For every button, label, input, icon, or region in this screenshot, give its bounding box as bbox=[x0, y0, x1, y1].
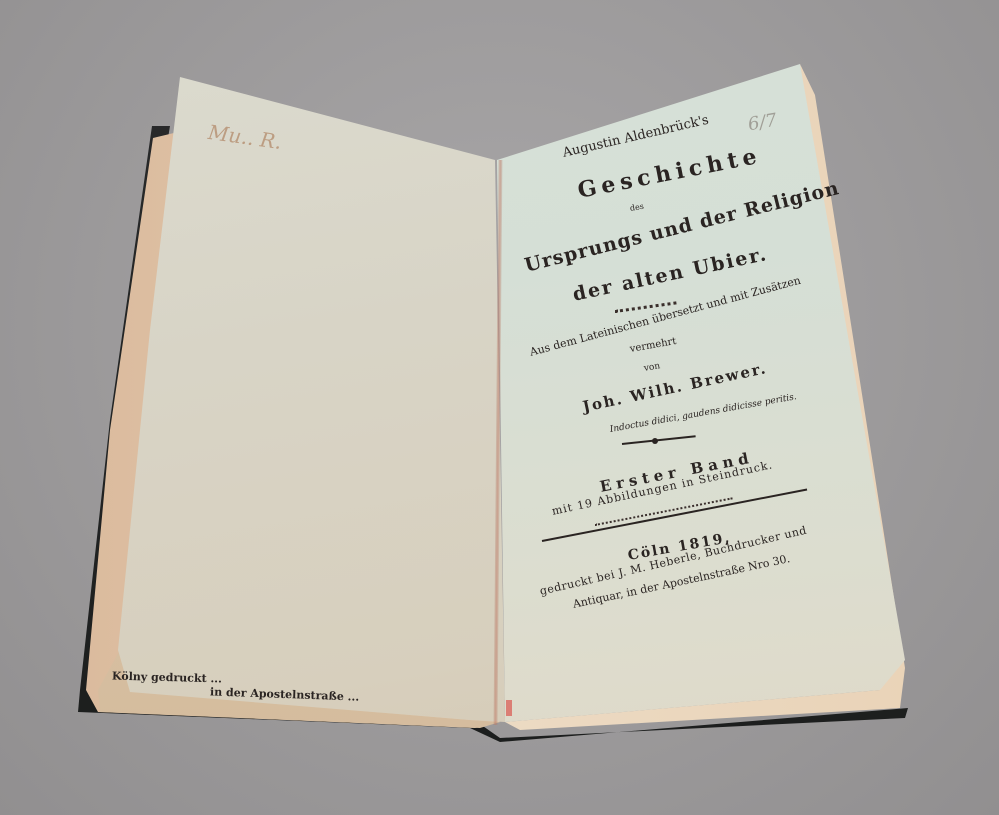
red-edge-mark bbox=[506, 700, 512, 716]
